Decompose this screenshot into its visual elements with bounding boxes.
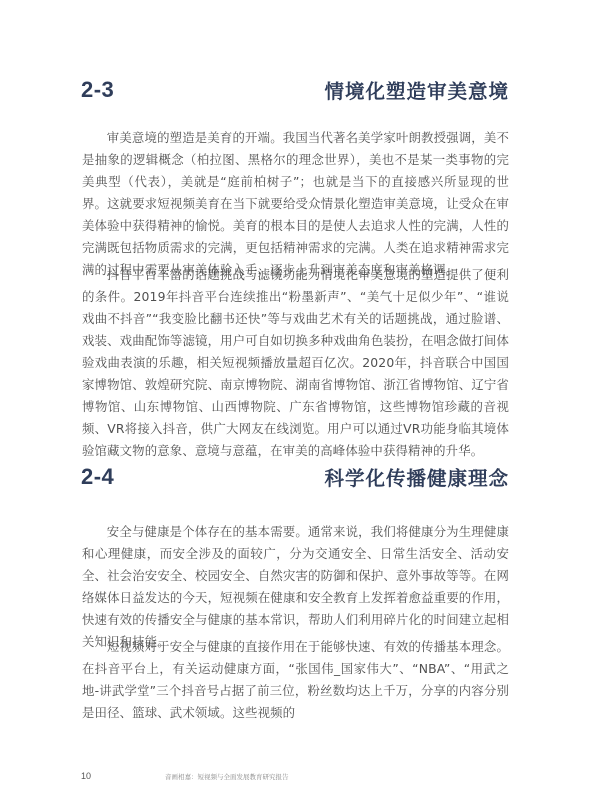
- page-number: 10: [81, 771, 91, 781]
- section-heading-2-3: 2-3 情境化塑造审美意境: [81, 75, 509, 105]
- footer-caption: 音画相嘉：短视频与全面发展教育研究报告: [165, 772, 289, 781]
- section-title: 科学化传播健康理念: [324, 463, 509, 491]
- section-number: 2-4: [81, 464, 114, 490]
- paragraph: 安全与健康是个体存在的基本需要。通常来说，我们将健康分为生理健康和心理健康，而安…: [82, 521, 509, 653]
- section-number: 2-3: [81, 77, 114, 103]
- section-heading-2-4: 2-4 科学化传播健康理念: [81, 462, 509, 492]
- paragraph: 短视频对于安全与健康的直接作用在于能够快速、有效的传播基本理念。在抖音平台上，有…: [82, 636, 509, 724]
- section-title: 情境化塑造审美意境: [324, 76, 509, 104]
- paragraph: 抖音平台丰富的话题挑战与滤镜功能为情境化审美意境的塑造提供了便利的条件。2019…: [82, 264, 509, 462]
- paragraph: 审美意境的塑造是美育的开端。我国当代著名美学家叶朗教授强调，美不是抽象的逻辑概念…: [82, 127, 509, 281]
- document-page: 2-3 情境化塑造审美意境 审美意境的塑造是美育的开端。我国当代著名美学家叶朗教…: [0, 0, 591, 797]
